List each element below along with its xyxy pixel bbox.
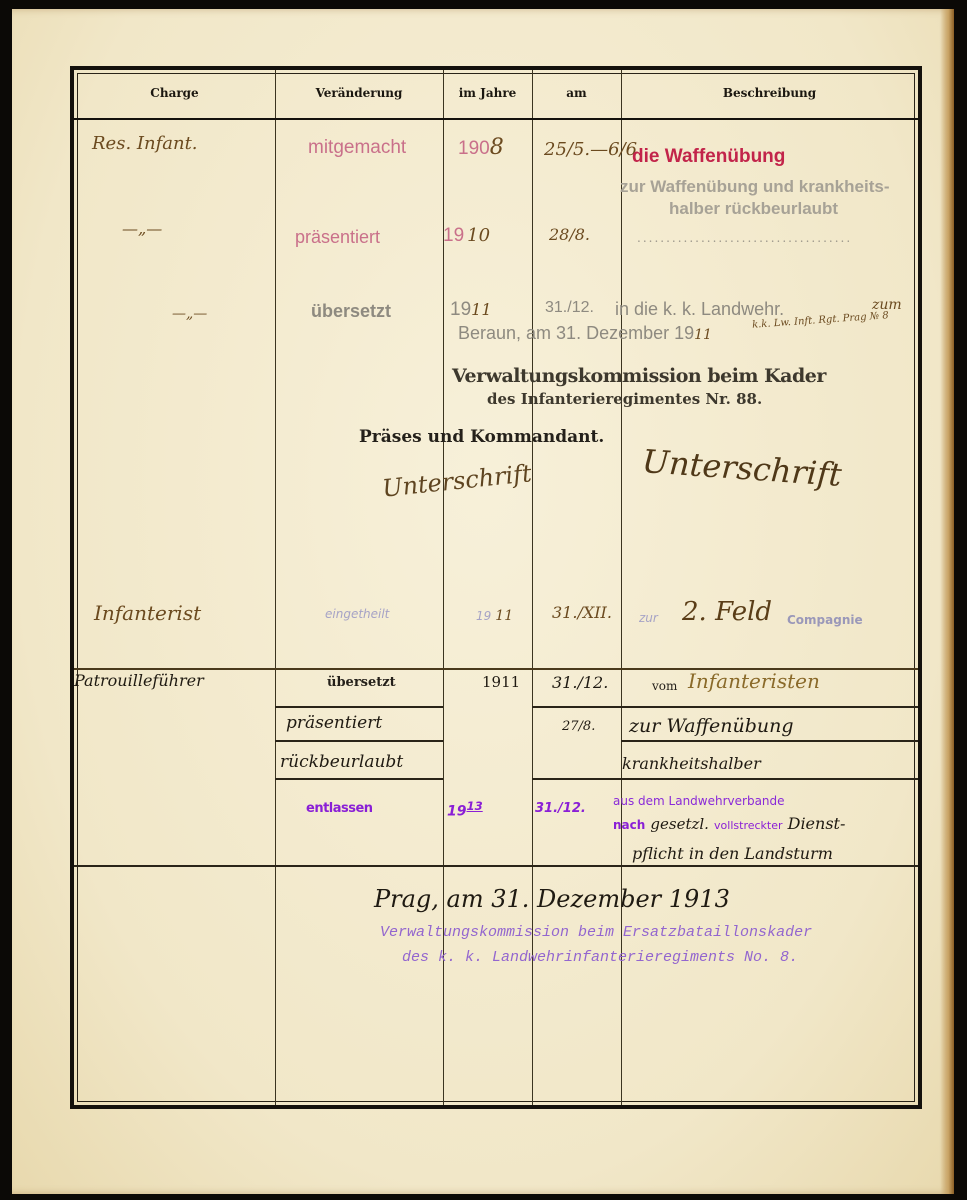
- entry5-year: 1911: [482, 673, 520, 691]
- entry4-description-hand: 2. Feld: [682, 597, 772, 627]
- row-rule: [275, 740, 443, 742]
- header-im-jahre: im Jahre: [443, 86, 532, 100]
- entry5-description-hand: Infanteristen: [688, 669, 820, 693]
- entry7-description-line3: pflicht in den Landsturm: [632, 844, 833, 863]
- closing-place-date: Prag, am 31. Dezember 1913: [374, 885, 730, 913]
- table-inner-border: [77, 73, 915, 1102]
- entry5-date: 31./12.: [552, 673, 608, 692]
- entry3-title-stamp: Präses und Kommandant.: [359, 427, 604, 447]
- row-rule: [74, 865, 918, 867]
- entry1-veraenderung-stamp: mitgemacht: [308, 137, 406, 159]
- paper-edge-stain: [940, 9, 954, 1194]
- entry3-date: 31./12.: [545, 299, 594, 317]
- entry3-charge-ditto: —„—: [172, 306, 207, 322]
- header-am: am: [532, 86, 621, 100]
- entry3-place-date: Beraun, am 31. Dezember 1911: [458, 323, 712, 344]
- header-beschreibung: Beschreibung: [621, 86, 918, 100]
- entry6-date: 27/8.: [562, 719, 595, 734]
- entry2-charge-ditto: —„—: [122, 219, 162, 238]
- entry1-year: 1908: [458, 135, 504, 160]
- entry7-veraenderung-stamp: entlassen: [306, 801, 373, 816]
- row-rule: [532, 778, 918, 780]
- entry3-year: 1911: [450, 299, 492, 321]
- entry1-description-stamp-line1: zur Waffenübung und krankheits-: [620, 177, 889, 197]
- header-charge: Charge: [74, 86, 275, 100]
- entry3-commission-stamp-line1: Verwaltungskommission beim Kader: [452, 365, 826, 387]
- entry4-veraenderung-stamp: eingetheilt: [325, 607, 389, 621]
- entry2-date: 28/8.: [549, 225, 590, 244]
- closing-stamp-line1: Verwaltungskommission beim Ersatzbataill…: [380, 924, 812, 941]
- entry7-description-line1: aus dem Landwehrverbande: [613, 794, 785, 808]
- entry5-description-prefix: vom: [652, 679, 677, 693]
- header-veraenderung: Veränderung: [275, 86, 443, 100]
- entry3-commission-stamp-line2: des Infanterieregimentes Nr. 88.: [487, 390, 762, 408]
- header-rule: [74, 118, 918, 120]
- entry3-description-stamp: in die k. k. Landwehr.: [615, 299, 784, 320]
- entry5-veraenderung-stamp: übersetzt: [327, 675, 396, 690]
- entry6-description-line1: zur Waffenübung: [629, 715, 794, 737]
- row-rule: [621, 740, 918, 742]
- entry1-description-stamp-line2: halber rückbeurlaubt: [669, 199, 838, 219]
- entry3-veraenderung-stamp: übersetzt: [311, 301, 391, 322]
- row-rule: [275, 778, 443, 780]
- entry6-description-line2: krankheitshalber: [622, 754, 761, 773]
- entry7-date: 31./12.: [535, 801, 586, 816]
- entry2-veraenderung-stamp: präsentiert: [295, 227, 380, 248]
- column-divider: [275, 70, 276, 1105]
- row-rule: [275, 706, 443, 708]
- entry4-description-suffix: Compagnie: [787, 613, 863, 627]
- entry4-date: 31./XII.: [552, 603, 612, 622]
- row-rule: [532, 706, 918, 708]
- entry2-description-dots: .....................................: [637, 231, 852, 245]
- document-page: Charge Veränderung im Jahre am Beschreib…: [12, 9, 954, 1194]
- entry6-veraenderung-line1: präsentiert: [286, 713, 382, 733]
- entry4-year: 1911: [476, 605, 513, 624]
- entry1-description-stamp: die Waffenübung: [632, 146, 785, 168]
- entry6-veraenderung-line2: rückbeurlaubt: [280, 752, 403, 772]
- entry5-charge: Patrouilleführer: [74, 671, 204, 690]
- entry2-year: 1910: [443, 225, 490, 247]
- closing-stamp-line2: des k. k. Landwehrinfanterieregiments No…: [402, 949, 798, 966]
- entry4-charge: Infanterist: [94, 601, 201, 625]
- entry1-date: 25/5.—6/6.: [544, 139, 643, 160]
- entry1-charge: Res. Infant.: [92, 133, 198, 154]
- entry4-description-prefix: zur: [639, 611, 658, 625]
- entry7-year: 1913: [447, 799, 483, 820]
- entry7-description-line2: nach gesetzl. vollstreckter Dienst-: [613, 814, 845, 833]
